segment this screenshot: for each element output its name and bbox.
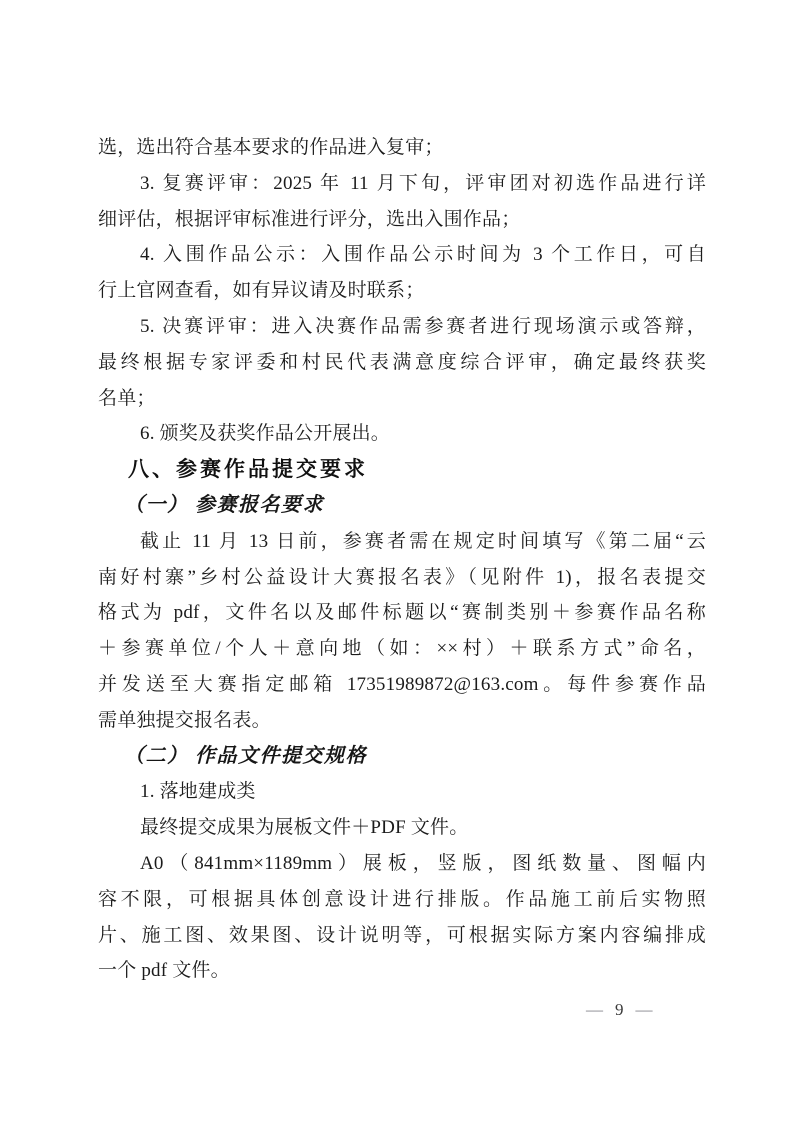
- text-line: 4. 入围作品公示：入围作品公示时间为 3 个工作日，可自: [98, 237, 706, 273]
- text-line: 5. 决赛评审：进入决赛作品需参赛者进行现场演示或答辩，: [98, 309, 706, 345]
- text-line: 格式为 pdf，文件名以及邮件标题以“赛制类别＋参赛作品名称: [98, 595, 706, 631]
- text-line: 片、施工图、效果图、设计说明等，可根据实际方案内容编排成: [98, 918, 706, 954]
- text-line: A0（841mm×1189mm）展板，竖版，图纸数量、图幅内: [98, 846, 706, 882]
- page-number-dash-right: —: [636, 1000, 653, 1019]
- text-line: 需单独提交报名表。: [98, 703, 706, 739]
- document-body: 选，选出符合基本要求的作品进入复审；3. 复赛评审：2025 年 11 月下旬，…: [98, 130, 706, 989]
- text-line: 并发送至大赛指定邮箱 17351989872@163.com。每件参赛作品: [98, 667, 706, 703]
- section-heading: 八、参赛作品提交要求: [98, 452, 706, 488]
- text-line: 一个 pdf 文件。: [98, 953, 706, 989]
- page-number: —9—: [586, 995, 653, 1025]
- text-line: 南好村寨”乡村公益设计大赛报名表》（见附件 1)，报名表提交: [98, 560, 706, 596]
- text-line: 容不限，可根据具体创意设计进行排版。作品施工前后实物照: [98, 882, 706, 918]
- page-number-value: 9: [615, 1000, 624, 1019]
- document-page: 选，选出符合基本要求的作品进入复审；3. 复赛评审：2025 年 11 月下旬，…: [0, 0, 793, 1122]
- text-line: 名单；: [98, 381, 706, 417]
- sub-section-heading: （一） 参赛报名要求: [98, 488, 706, 524]
- text-line: 最终根据专家评委和村民代表满意度综合评审，确定最终获奖: [98, 345, 706, 381]
- text-line: 3. 复赛评审：2025 年 11 月下旬，评审团对初选作品进行详: [98, 166, 706, 202]
- text-line: 截止 11 月 13 日前，参赛者需在规定时间填写《第二届“云: [98, 524, 706, 560]
- sub-section-heading: （二） 作品文件提交规格: [98, 739, 706, 775]
- page-number-dash-left: —: [586, 1000, 603, 1019]
- text-line: 细评估，根据评审标准进行评分，选出入围作品；: [98, 202, 706, 238]
- text-line: 最终提交成果为展板文件＋PDF 文件。: [98, 810, 706, 846]
- text-line: ＋参赛单位/个人＋意向地（如：××村）＋联系方式”命名，: [98, 631, 706, 667]
- text-line: 选，选出符合基本要求的作品进入复审；: [98, 130, 706, 166]
- text-line: 1. 落地建成类: [98, 774, 706, 810]
- text-line: 6. 颁奖及获奖作品公开展出。: [98, 416, 706, 452]
- text-line: 行上官网查看，如有异议请及时联系；: [98, 273, 706, 309]
